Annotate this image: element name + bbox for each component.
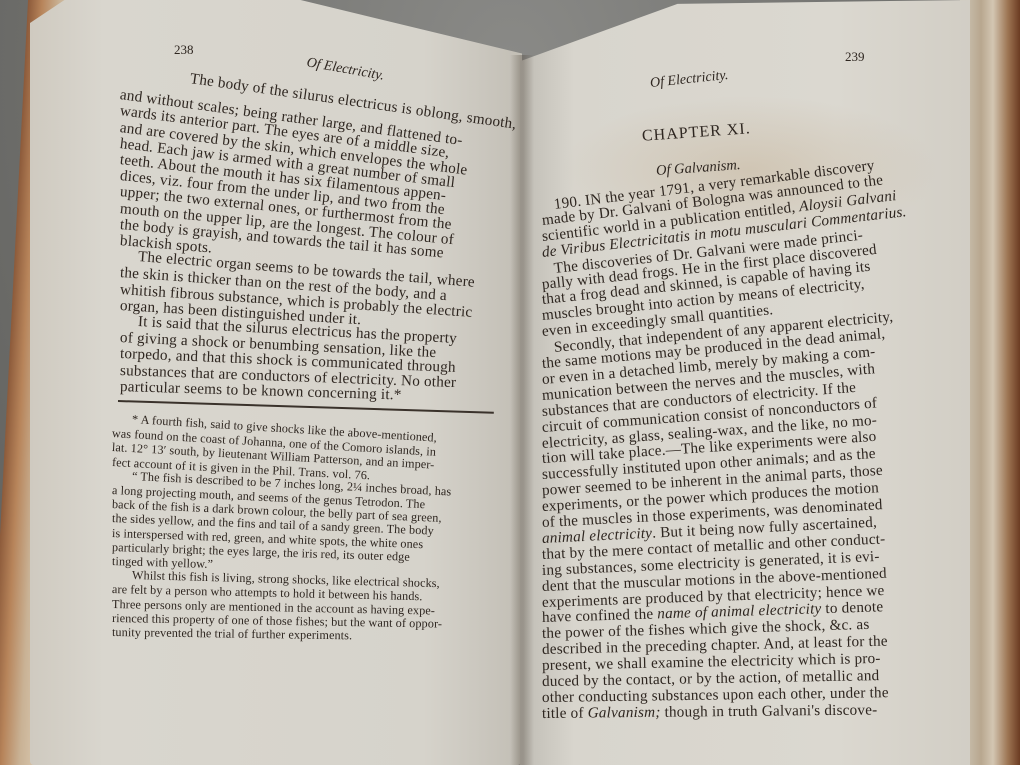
- body-text: title of: [542, 704, 588, 721]
- body-text: though in truth Galvani's discove-: [660, 701, 877, 720]
- italic-text: Galvanism;: [588, 704, 661, 722]
- body-line: title of Galvanism; though in truth Galv…: [542, 701, 878, 723]
- right-page-number: 239: [845, 49, 865, 65]
- book-gutter: [510, 55, 534, 765]
- body-text: to denote: [821, 599, 883, 618]
- left-page-number: 238: [174, 42, 194, 58]
